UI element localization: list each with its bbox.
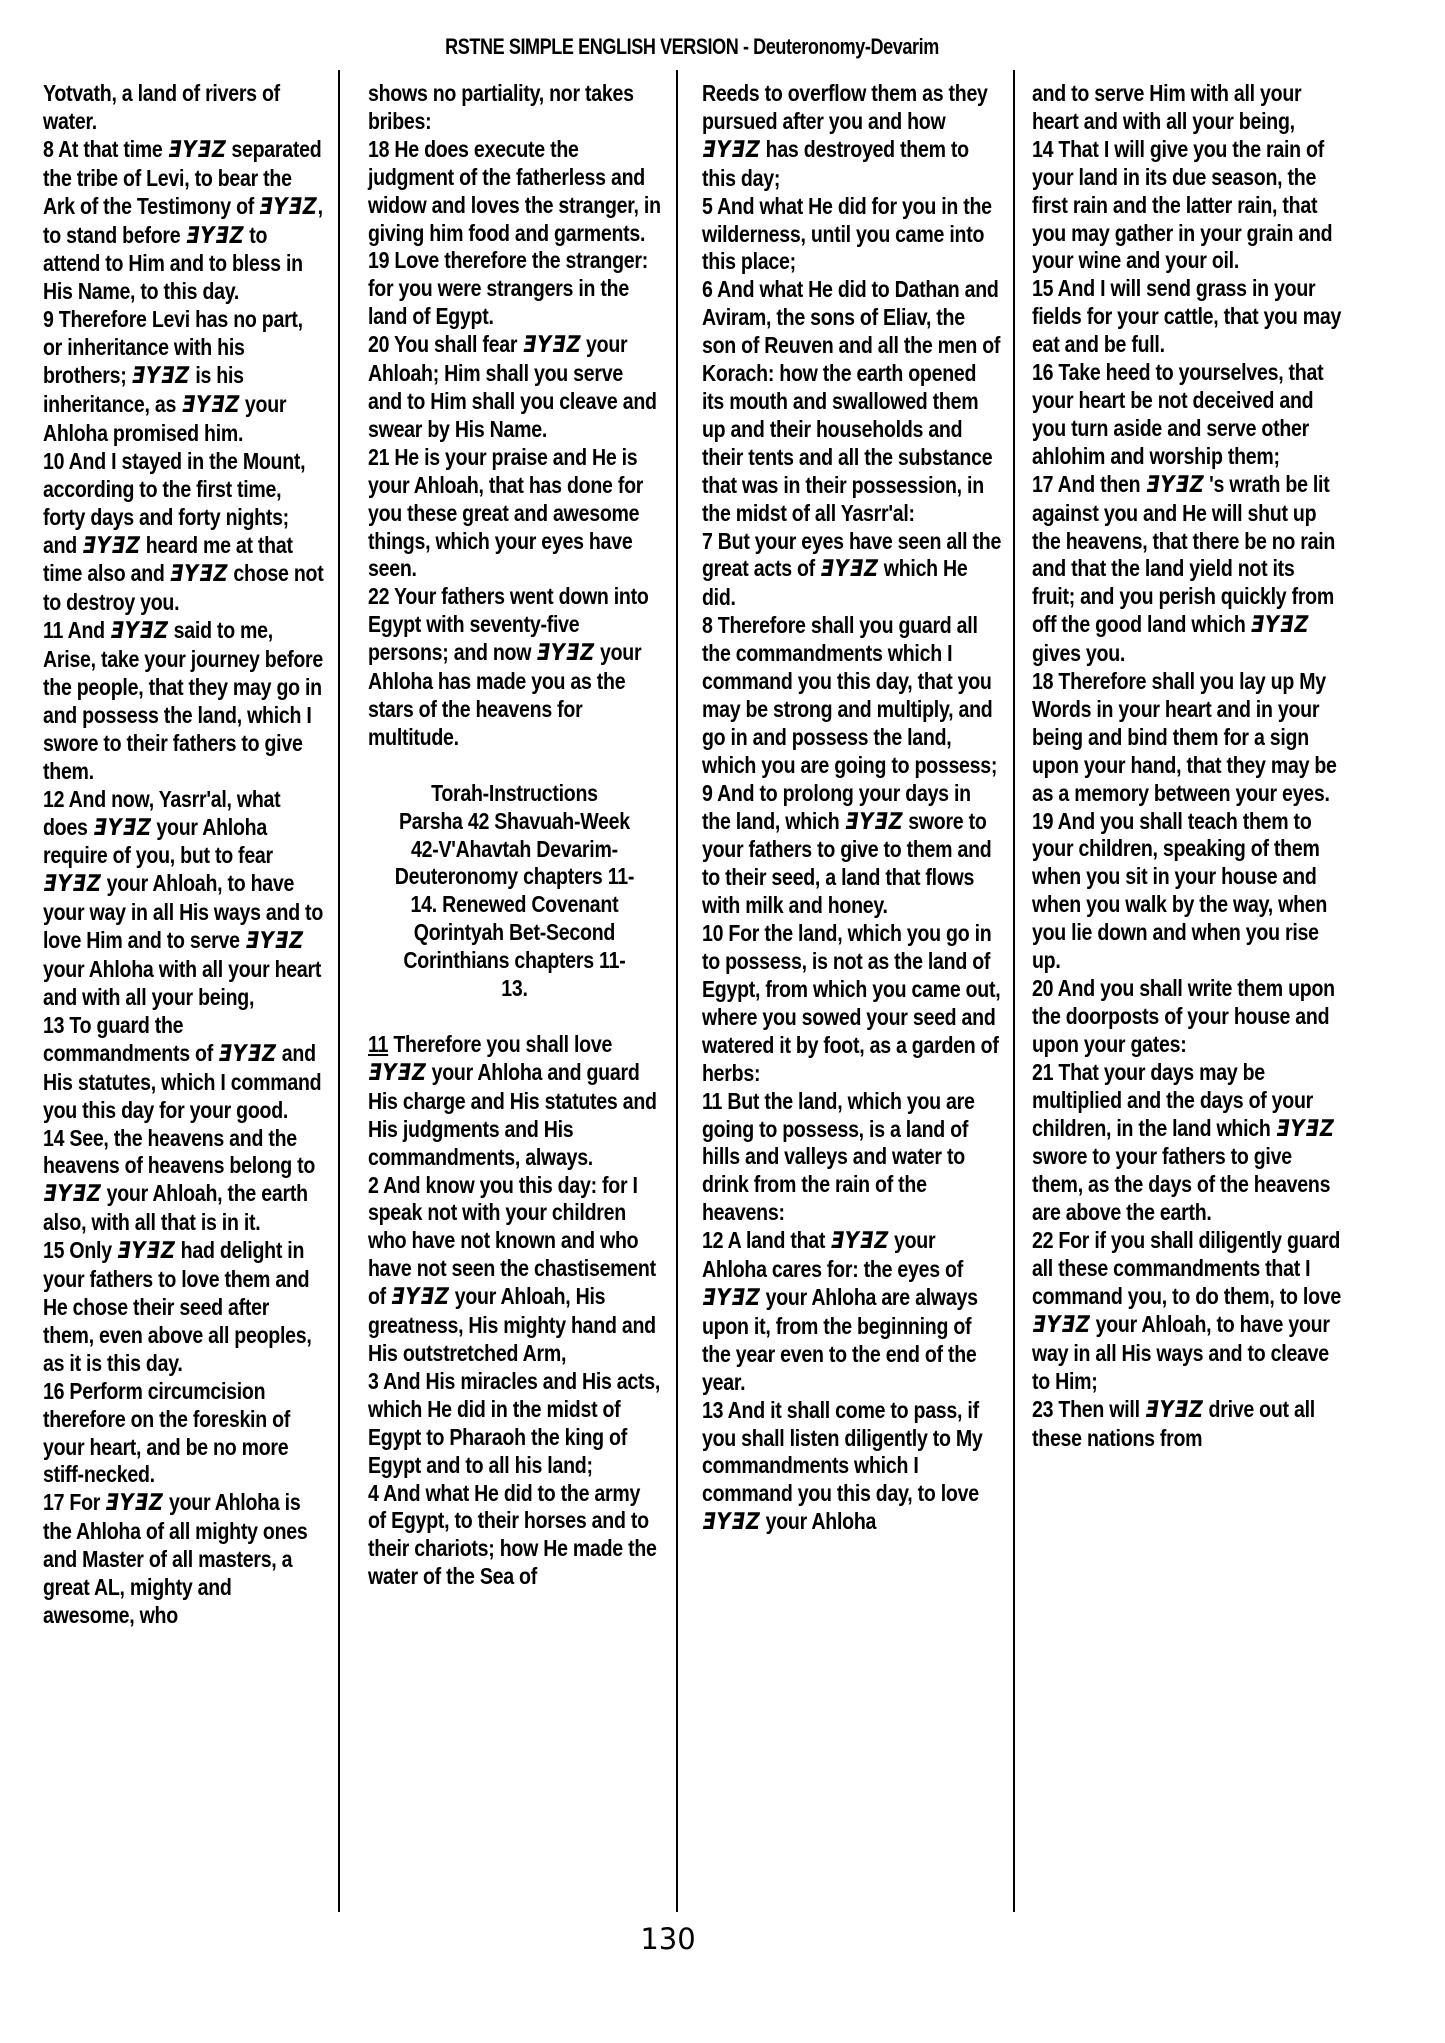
tetragrammaton-paleo-hebrew-glyph: ƎYƎZ <box>828 1228 891 1256</box>
verse-paragraph: 11 Therefore you shall love ƎYƎZ your Ah… <box>368 1031 661 1172</box>
verse-paragraph: 10 For the land, which you go in to poss… <box>702 920 1002 1087</box>
column-divider-2 <box>676 70 678 1912</box>
verse-paragraph: 4 And what He did to the army of Egypt, … <box>368 1480 661 1592</box>
tetragrammaton-paleo-hebrew-glyph: ƎYƎZ <box>257 194 320 222</box>
verse-paragraph: shows no partiality, nor takes bribes: <box>368 80 661 136</box>
text-column-2: shows no partiality, nor takes bribes:18… <box>368 80 661 1916</box>
text-column-3: Reeds to overflow them as they pursued a… <box>702 80 1002 1916</box>
verse-paragraph: 18 Therefore shall you lay up My Words i… <box>1032 668 1342 808</box>
verse-paragraph: 16 Take heed to yourselves, that your he… <box>1032 359 1342 471</box>
tetragrammaton-paleo-hebrew-glyph: ƎYƎZ <box>534 640 597 668</box>
tetragrammaton-paleo-hebrew-glyph: ƎYƎZ <box>166 137 229 165</box>
torah-parsha-heading: Torah-Instructions Parsha 42 Shavuah-Wee… <box>368 780 661 1003</box>
tetragrammaton-paleo-hebrew-glyph: ƎYƎZ <box>179 392 242 420</box>
tetragrammaton-paleo-hebrew-glyph: ƎYƎZ <box>700 1509 763 1537</box>
tetragrammaton-paleo-hebrew-glyph: ƎYƎZ <box>1249 612 1312 640</box>
tetragrammaton-paleo-hebrew-glyph: ƎYƎZ <box>41 1181 104 1209</box>
verse-paragraph: 16 Perform circumcision therefore on the… <box>43 1378 324 1490</box>
tetragrammaton-paleo-hebrew-glyph: ƎYƎZ <box>700 1285 763 1313</box>
document-page: RSTNE SIMPLE ENGLISH VERSION - Deuterono… <box>0 0 1445 2043</box>
verse-paragraph: 14 That I will give you the rain of your… <box>1032 136 1342 276</box>
tetragrammaton-paleo-hebrew-glyph: ƎYƎZ <box>1274 1116 1337 1144</box>
column-divider-1 <box>338 70 340 1912</box>
verse-paragraph: 15 Only ƎYƎZ had delight in your fathers… <box>43 1237 324 1378</box>
verse-paragraph: 5 And what He did for you in the wildern… <box>702 193 1002 277</box>
tetragrammaton-paleo-hebrew-glyph: ƎYƎZ <box>41 871 104 899</box>
text-column-1: Yotvath, a land of rivers of water.8 At … <box>43 80 324 1916</box>
tetragrammaton-paleo-hebrew-glyph: ƎYƎZ <box>216 1041 279 1069</box>
tetragrammaton-paleo-hebrew-glyph: ƎYƎZ <box>243 928 306 956</box>
verse-paragraph: 17 For ƎYƎZ your Ahloha is the Ahloha of… <box>43 1489 324 1630</box>
tetragrammaton-paleo-hebrew-glyph: ƎYƎZ <box>130 363 193 391</box>
verse-paragraph: 13 And it shall come to pass, if you sha… <box>702 1397 1002 1538</box>
tetragrammaton-paleo-hebrew-glyph: ƎYƎZ <box>520 332 583 360</box>
verse-paragraph: 6 And what He did to Dathan and Aviram, … <box>702 276 1002 527</box>
verse-paragraph: 9 And to prolong your days in the land, … <box>702 780 1002 921</box>
verse-paragraph: 21 That your days may be multiplied and … <box>1032 1059 1342 1227</box>
verse-paragraph: 19 And you shall teach them to your chil… <box>1032 808 1342 975</box>
verse-paragraph: 22 Your fathers went down into Egypt wit… <box>368 583 661 751</box>
tetragrammaton-paleo-hebrew-glyph: ƎYƎZ <box>183 223 246 251</box>
page-header-title: RSTNE SIMPLE ENGLISH VERSION - Deuterono… <box>160 34 1224 60</box>
verse-paragraph: and to serve Him with all your heart and… <box>1032 80 1342 136</box>
verse-paragraph: 9 Therefore Levi has no part, or inherit… <box>43 306 324 448</box>
page-number: 130 <box>568 1922 768 1956</box>
verse-paragraph: 8 Therefore shall you guard all the comm… <box>702 612 1002 779</box>
tetragrammaton-paleo-hebrew-glyph: ƎYƎZ <box>1030 1312 1093 1340</box>
tetragrammaton-paleo-hebrew-glyph: ƎYƎZ <box>389 1284 452 1312</box>
tetragrammaton-paleo-hebrew-glyph: ƎYƎZ <box>91 815 154 843</box>
verse-paragraph: 8 At that time ƎYƎZ separated the tribe … <box>43 136 324 306</box>
verse-paragraph: 23 Then will ƎYƎZ drive out all these na… <box>1032 1396 1342 1453</box>
verse-paragraph: 7 But your eyes have seen all the great … <box>702 528 1002 613</box>
tetragrammaton-paleo-hebrew-glyph: ƎYƎZ <box>842 809 905 837</box>
verse-paragraph: 12 And now, Yasrr'al, what does ƎYƎZ you… <box>43 786 324 1012</box>
tetragrammaton-paleo-hebrew-glyph: ƎYƎZ <box>168 561 231 589</box>
verse-paragraph: 2 And know you this day: for I speak not… <box>368 1172 661 1368</box>
verse-paragraph: 18 He does execute the judgment of the f… <box>368 136 661 248</box>
tetragrammaton-paleo-hebrew-glyph: ƎYƎZ <box>818 556 881 584</box>
verse-paragraph: 11 But the land, which you are going to … <box>702 1088 1002 1228</box>
verse-paragraph: 21 He is your praise and He is your Ahlo… <box>368 444 661 584</box>
verse-paragraph: 14 See, the heavens and the heavens of h… <box>43 1125 324 1238</box>
tetragrammaton-paleo-hebrew-glyph: ƎYƎZ <box>366 1060 429 1088</box>
verse-paragraph: 11 And ƎYƎZ said to me, Arise, take your… <box>43 617 324 785</box>
tetragrammaton-paleo-hebrew-glyph: ƎYƎZ <box>115 1238 178 1266</box>
tetragrammaton-paleo-hebrew-glyph: ƎYƎZ <box>80 533 143 561</box>
tetragrammaton-paleo-hebrew-glyph: ƎYƎZ <box>103 1490 166 1518</box>
verse-paragraph: 10 And I stayed in the Mount, according … <box>43 448 324 617</box>
verse-paragraph: Reeds to overflow them as they pursued a… <box>702 80 1002 193</box>
verse-paragraph: 17 And then ƎYƎZ 's wrath be lit against… <box>1032 471 1342 668</box>
tetragrammaton-paleo-hebrew-glyph: ƎYƎZ <box>108 618 171 646</box>
verse-paragraph: 22 For if you shall diligently guard all… <box>1032 1227 1342 1395</box>
verse-paragraph: 19 Love therefore the stranger: for you … <box>368 247 661 331</box>
verse-paragraph: 12 A land that ƎYƎZ your Ahloha cares fo… <box>702 1227 1002 1396</box>
verse-paragraph: Yotvath, a land of rivers of water. <box>43 80 324 136</box>
tetragrammaton-paleo-hebrew-glyph: ƎYƎZ <box>1143 1397 1206 1425</box>
verse-paragraph: 20 You shall fear ƎYƎZ your Ahloah; Him … <box>368 331 661 444</box>
tetragrammaton-paleo-hebrew-glyph: ƎYƎZ <box>1143 472 1206 500</box>
column-divider-3 <box>1013 70 1015 1912</box>
tetragrammaton-paleo-hebrew-glyph: ƎYƎZ <box>700 137 763 165</box>
verse-paragraph: 13 To guard the commandments of ƎYƎZ and… <box>43 1012 324 1125</box>
chapter-number: 11 <box>368 1031 388 1057</box>
text-column-4: and to serve Him with all your heart and… <box>1032 80 1342 1916</box>
verse-paragraph: 3 And His miracles and His acts, which H… <box>368 1368 661 1480</box>
verse-paragraph: 20 And you shall write them upon the doo… <box>1032 975 1342 1059</box>
verse-paragraph: 15 And I will send grass in your fields … <box>1032 275 1342 359</box>
